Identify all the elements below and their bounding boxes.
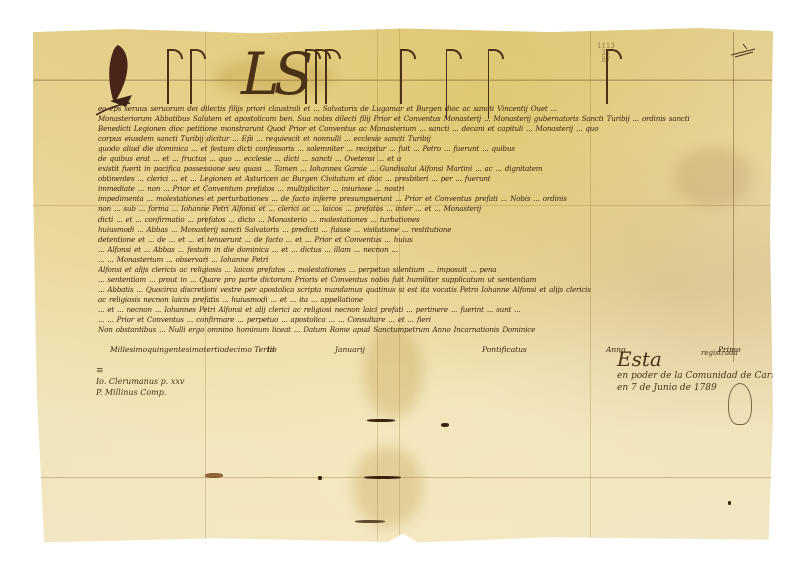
ink-blot — [728, 501, 731, 505]
registration-line-1: en poder de la Comunidad de Carracedo — [617, 370, 800, 382]
archive-number: 1113 21 87 — [597, 43, 615, 64]
registration-note: Esta registrada en poder de la Comunidad… — [617, 349, 800, 394]
text-line: immediate ... non ... Prior et Conventum… — [98, 184, 740, 194]
notary-signature: Io. Clerumanus p. xxv — [96, 376, 184, 387]
elongated-letter — [190, 49, 192, 104]
notary-signature: P. Millinus Comp. — [96, 387, 184, 398]
elongated-letter — [167, 49, 169, 104]
text-line: Monasteriorum Abbatibus Salutem et apost… — [98, 114, 740, 124]
elongated-letter — [315, 49, 317, 104]
text-line: impedimenta ... molestationes et perturb… — [98, 194, 740, 204]
text-line: corpus eiusdem sancti Turibij dicitur ..… — [98, 134, 740, 144]
text-line: eo ep̄s seruus seruorum dei dilectis fil… — [98, 104, 740, 114]
text-line: detentione et ... de ... et ... et tenue… — [98, 235, 740, 245]
registration-line-2: en 7 de Junio de 1789 — [617, 382, 800, 394]
water-stain — [363, 327, 423, 417]
text-line: ac religiosis necnon laicis prefatis ...… — [98, 295, 740, 305]
elongated-letter — [305, 49, 307, 104]
date-pontificate: Pontificatus — [482, 345, 527, 354]
notary-signatures: ≡ Io. Clerumanus p. xxv P. Millinus Comp… — [96, 366, 184, 398]
text-line: non ... sub ... forma ... Iohanne Petri … — [98, 204, 740, 214]
elongated-letter — [400, 49, 402, 104]
bull-body-text: eo ep̄s seruus seruorum dei dilectis fil… — [98, 104, 740, 335]
text-line: huiusmodi ... Abbas ... Monasterij sanct… — [98, 225, 740, 235]
corner-mark-icon — [729, 43, 759, 59]
text-line: obtinentes ... clerici ... et ... Legion… — [98, 174, 740, 184]
registration-superscript: registrada — [701, 349, 738, 357]
date-day: Id — [267, 345, 275, 354]
parchment-document: LS 1113 21 87 eo ep̄s seruus seruorum de… — [33, 27, 773, 545]
text-line: ... sententiam ... prout in ... Quare pr… — [98, 275, 740, 285]
date-year: Millesimoquingentesimotertiodecimo Terti… — [110, 345, 277, 354]
elongated-letter — [325, 49, 327, 104]
date-month: Januarij — [335, 345, 365, 354]
text-line: ... ... Monasterium ... observari ... Io… — [98, 255, 740, 265]
text-line: existit fuerit in pacifica possessione s… — [98, 164, 740, 174]
water-stain — [353, 447, 423, 527]
elongated-letters-VS: LS — [241, 45, 307, 103]
paraph-flourish-icon — [728, 383, 752, 425]
elongated-header: LS 1113 21 87 — [93, 43, 753, 113]
text-line: Alfonsi et alijs clericis ac religiosis … — [98, 265, 740, 275]
text-line: quodo aliud die dominica ... et festum d… — [98, 144, 740, 154]
ink-blot — [364, 476, 401, 479]
text-line: ... Abbatis ... Quocirca discretioni ves… — [98, 285, 740, 295]
tick-marks: ≡ — [96, 366, 184, 376]
ink-blot — [205, 473, 223, 478]
text-line: Non obstantibus ... Nulli ergo omnino ho… — [98, 325, 740, 335]
ink-blot — [367, 419, 395, 422]
text-line: de quibus erat ... et ... fructus ... qu… — [98, 154, 740, 164]
text-line: Benedicti Legionen dioc petitione monstr… — [98, 124, 740, 134]
text-line: ... et ... necnon ... Iohannes Petri Alf… — [98, 305, 740, 315]
registration-esta: Esta — [617, 347, 662, 371]
ink-blot — [318, 476, 322, 480]
text-line: ... Alfonsi et ... Abbas ... festum in d… — [98, 245, 740, 255]
text-line: ... ... Prior et Conventus ... confirmar… — [98, 315, 740, 325]
text-line: dicti ... et ... confirmatio ... prefato… — [98, 215, 740, 225]
ink-blot — [441, 423, 449, 427]
ink-blot — [355, 520, 385, 523]
